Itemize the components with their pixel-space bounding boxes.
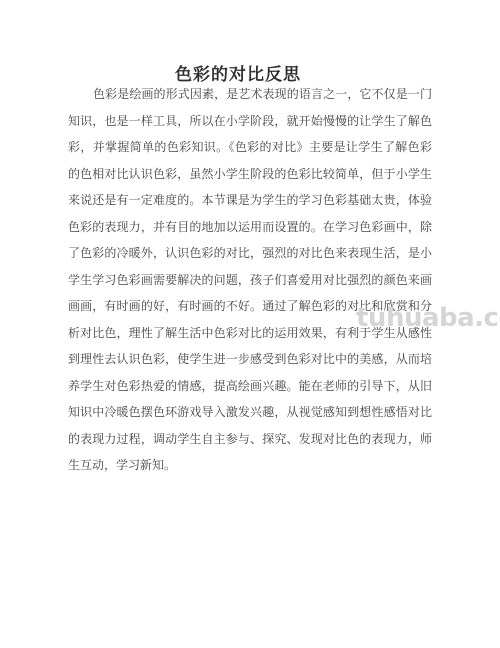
paragraph-line: 色彩是绘画的形式因素，是艺术表现的语言之一，它不仅是一门 xyxy=(68,81,432,108)
paragraph-line: 了色彩的冷暖外，认识色彩的对比，强烈的对比色来表现生活，是小 xyxy=(68,240,432,267)
paragraph-line: 来说还是有一定难度的。本节课是为学生的学习色彩基础太贵，体验 xyxy=(68,187,432,214)
paragraph: 色彩是绘画的形式因素，是艺术表现的语言之一，它不仅是一门知识，也是一样工具，所以… xyxy=(68,81,432,479)
paragraph-line: 到理性去认识色彩，使学生进一步感受到色彩对比中的美感，从而培 xyxy=(68,346,432,373)
paragraph-line: 的表现力过程，调动学生自主参与、探究、发现对比色的表现力，师 xyxy=(68,426,432,453)
paragraph-line: 养学生对色彩热爱的情感，提高绘画兴趣。能在老师的引导下，从旧 xyxy=(68,373,432,400)
paragraph-line: 知识中冷暖色摆色环游戏导入激发兴趣，从视觉感知到想性感悟对比 xyxy=(68,399,432,426)
paragraph-line: 画画，有时画的好，有时画的不好。通过了解色彩的对比和欣赏和分 xyxy=(68,293,432,320)
paragraph-line: 的色相对比认识色彩，虽然小学生阶段的色彩比较简单，但于小学生 xyxy=(68,161,432,188)
document-page: 色彩的对比反思 色彩是绘画的形式因素，是艺术表现的语言之一，它不仅是一门知识，也… xyxy=(0,0,500,648)
paragraph-line: 生互动，学习新知。 xyxy=(68,452,432,479)
paragraph-line: 学生学习色彩画需要解决的问题，孩子们喜爱用对比强烈的颜色来画 xyxy=(68,267,432,294)
paragraph-line: 知识，也是一样工具，所以在小学阶段，就开始慢慢的让学生了解色 xyxy=(68,108,432,135)
paragraph-line: 色彩的表现力，并有目的地加以运用而设置的。在学习色彩画中，除 xyxy=(68,214,432,241)
paragraph-line: 彩，并掌握简单的色彩知识。《色彩的对比》主要是让学生了解色彩 xyxy=(68,134,432,161)
paragraph-line: 析对比色，理性了解生活中色彩对比的运用效果，有利于学生从感性 xyxy=(68,320,432,347)
